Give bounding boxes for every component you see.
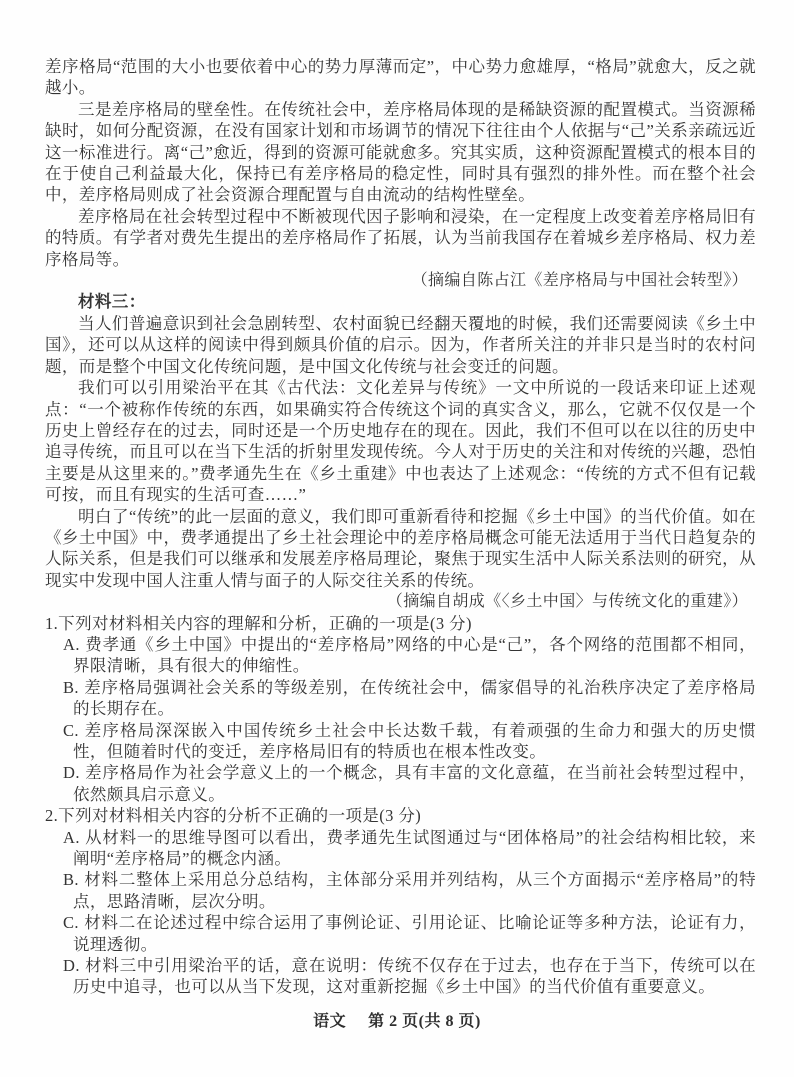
option-c-text: 差序格局深深嵌入中国传统乡土社会中长达数千载，有着顽强的生命力和强大的历史惯性，… [73,721,756,761]
page-content: 差序格局“范围的大小也要依着中心的势力厚薄而定”，中心势力愈雄厚，“格局”就愈大… [45,56,756,998]
source-attribution-material3: （摘编自胡成《〈乡土中国〉与传统文化的重建》） [45,591,756,612]
question-2-option-c: C.材料二在论述过程中综合运用了事例论证、引用论证、比喻论证等多种方法，论证有力… [45,912,756,955]
option-a-text: 从材料一的思维导图可以看出，费孝通先生试图通过与“团体格局”的社会结构相比较，来… [73,828,756,868]
option-b-label: B. [63,678,79,697]
paragraph-continuation: 差序格局“范围的大小也要依着中心的势力厚薄而定”，中心势力愈雄厚，“格局”就愈大… [45,56,756,99]
question-2-option-d: D.材料三中引用梁治平的话，意在说明：传统不仅存在于过去，也存在于当下，传统可以… [45,955,756,998]
option-a-label: A. [63,828,80,847]
option-d-label: D. [63,763,80,782]
question-1-option-d: D.差序格局作为社会学意义上的一个概念，具有丰富的文化意蕴，在当前社会转型过程中… [45,762,756,805]
question-1-option-c: C.差序格局深深嵌入中国传统乡土社会中长达数千载，有着顽强的生命力和强大的历史惯… [45,720,756,763]
option-b-label: B. [63,870,79,889]
option-c-text: 材料二在论述过程中综合运用了事例论证、引用论证、比喻论证等多种方法，论证有力，说… [73,913,756,953]
paragraph-material2-transform: 差序格局在社会转型过程中不断被现代因子影响和浸染，在一定程度上改变着差序格局旧有… [45,206,756,270]
question-1: 1.下列对材料相关内容的理解和分析，正确的一项是(3 分) A.费孝通《乡土中国… [45,613,756,806]
question-2: 2.下列对材料相关内容的分析不正确的一项是(3 分) A.从材料一的思维导图可以… [45,805,756,998]
material3-paragraph-3: 明白了“传统”的此一层面的意义，我们即可重新看待和挖掘《乡土中国》的当代价值。如… [45,506,756,592]
option-b-text: 差序格局强调社会关系的等级差别，在传统社会中，儒家倡导的礼治秩序决定了差序格局的… [73,678,756,718]
material3-paragraph-1: 当人们普遍意识到社会急剧转型、农村面貌已经翻天覆地的时候，我们还需要阅读《乡土中… [45,313,756,377]
option-d-label: D. [63,956,80,975]
question-1-option-b: B.差序格局强调社会关系的等级差别，在传统社会中，儒家倡导的礼治秩序决定了差序格… [45,677,756,720]
question-2-stem: 2.下列对材料相关内容的分析不正确的一项是(3 分) [45,805,756,826]
option-b-text: 材料二整体上采用总分总结构，主体部分采用并列结构，从三个方面揭示“差序格局”的特… [73,870,756,910]
exam-page: 差序格局“范围的大小也要依着中心的势力厚薄而定”，中心势力愈雄厚，“格局”就愈大… [0,0,794,1077]
question-1-stem: 1.下列对材料相关内容的理解和分析，正确的一项是(3 分) [45,613,756,634]
option-a-label: A. [63,635,80,654]
page-footer: 语文第 2 页(共 8 页) [0,1008,794,1031]
option-c-label: C. [63,721,79,740]
footer-subject: 语文 [313,1013,346,1030]
option-c-label: C. [63,913,79,932]
option-d-text: 差序格局作为社会学意义上的一个概念，具有丰富的文化意蕴，在当前社会转型过程中，依… [73,763,756,803]
question-1-option-a: A.费孝通《乡土中国》中提出的“差序格局”网络的中心是“己”，各个网络的范围都不… [45,634,756,677]
option-a-text: 费孝通《乡土中国》中提出的“差序格局”网络的中心是“己”，各个网络的范围都不相同… [73,635,756,675]
footer-pagination: 第 2 页(共 8 页) [368,1013,481,1030]
paragraph-material2-barrier: 三是差序格局的壁垒性。在传统社会中，差序格局体现的是稀缺资源的配置模式。当资源稀… [45,99,756,206]
question-2-option-a: A.从材料一的思维导图可以看出，费孝通先生试图通过与“团体格局”的社会结构相比较… [45,827,756,870]
question-2-option-b: B.材料二整体上采用总分总结构，主体部分采用并列结构，从三个方面揭示“差序格局”… [45,869,756,912]
option-d-text: 材料三中引用梁治平的话，意在说明：传统不仅存在于过去，也存在于当下，传统可以在历… [73,956,756,996]
source-attribution-material2: （摘编自陈占江《差序格局与中国社会转型》） [45,270,756,291]
material3-paragraph-2: 我们可以引用梁治平在其《古代法：文化差异与传统》一文中所说的一段话来印证上述观点… [45,377,756,505]
material3-heading: 材料三： [45,291,756,312]
